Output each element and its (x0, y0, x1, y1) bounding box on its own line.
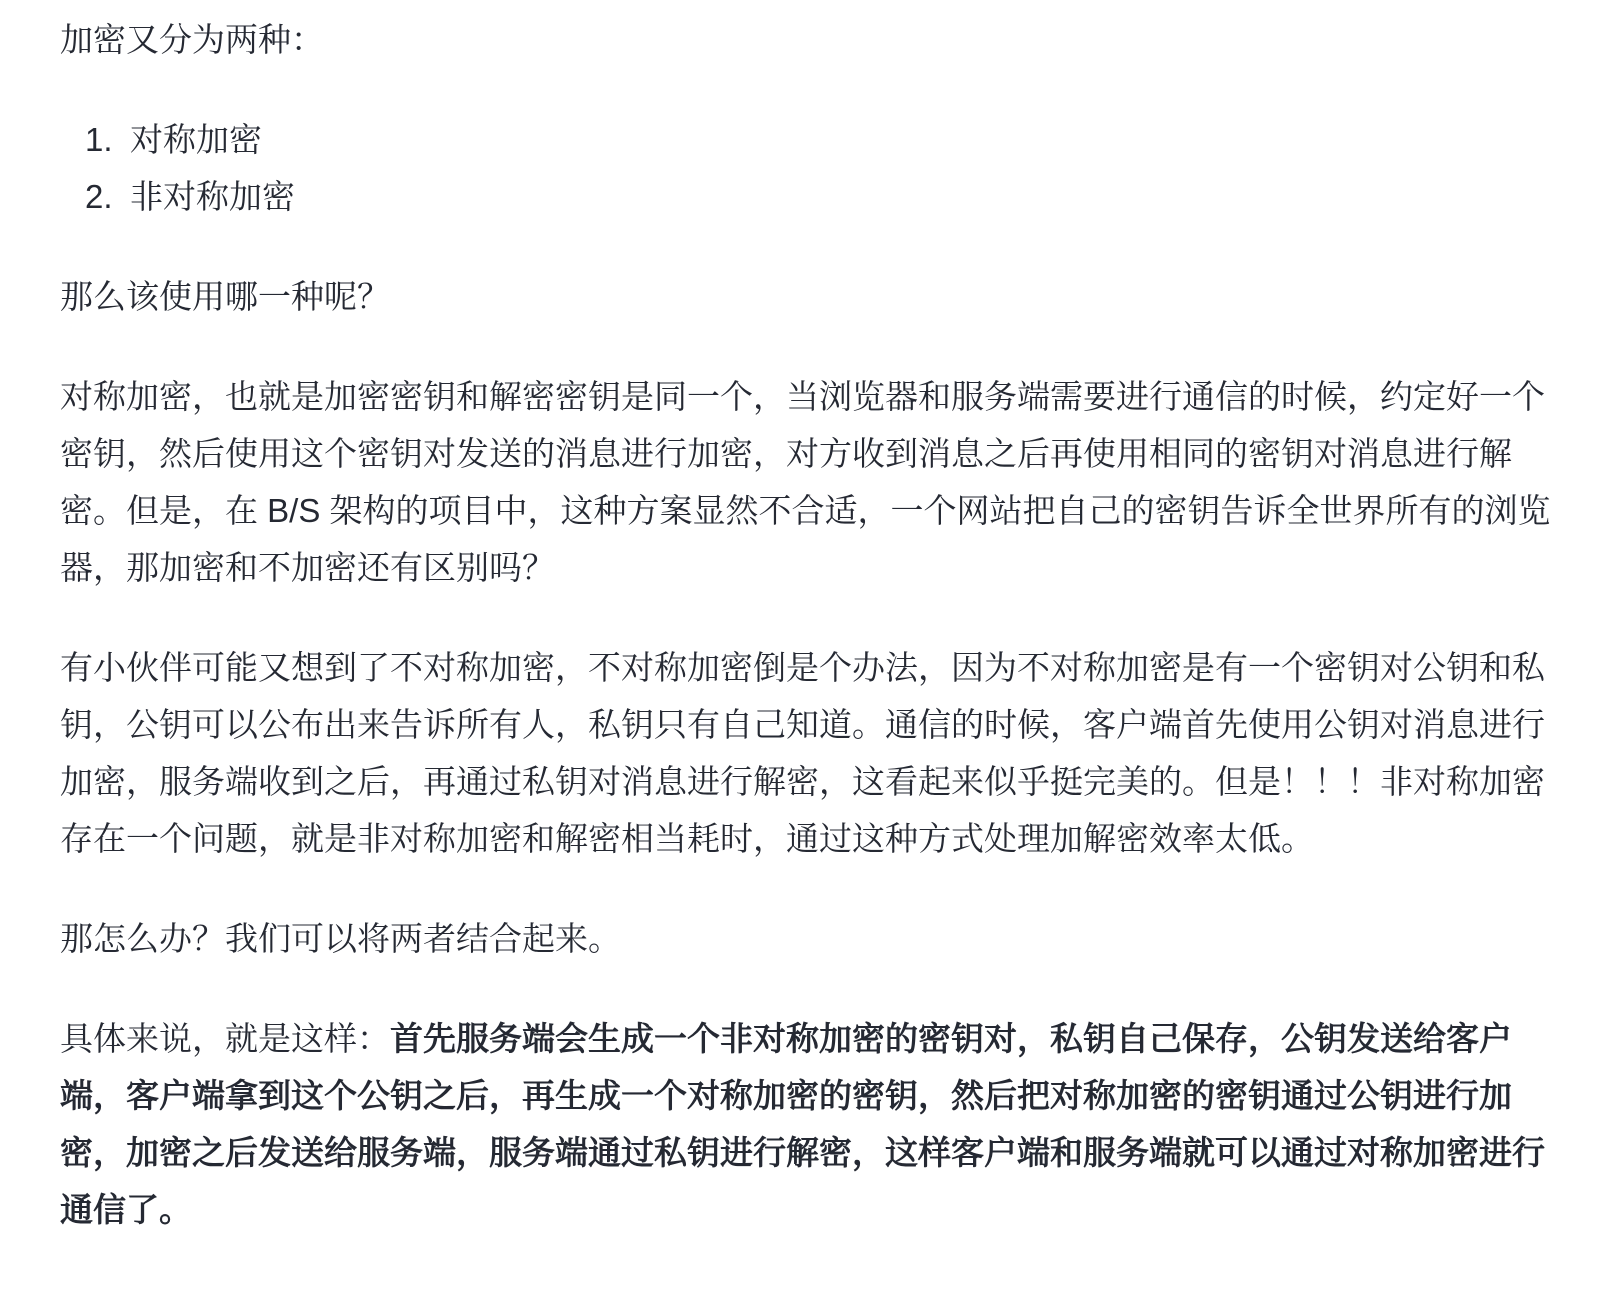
article-body: 加密又分为两种： 1. 对称加密 2. 非对称加密 那么该使用哪一种呢？ 对称加… (0, 0, 1618, 1304)
conclusion-prefix-text: 具体来说，就是这样： (60, 1020, 390, 1057)
list-item-symmetric: 1. 对称加密 (130, 111, 1560, 168)
question-which-paragraph: 那么该使用哪一种呢？ (60, 268, 1560, 325)
question-how-paragraph: 那怎么办？我们可以将两者结合起来。 (60, 910, 1560, 967)
asymmetric-encryption-paragraph: 有小伙伴可能又想到了不对称加密，不对称加密倒是个办法，因为不对称加密是有一个密钥… (60, 639, 1560, 867)
list-item-label: 对称加密 (130, 121, 262, 158)
symmetric-encryption-paragraph: 对称加密，也就是加密密钥和解密密钥是同一个，当浏览器和服务端需要进行通信的时候，… (60, 368, 1560, 596)
list-item-label: 非对称加密 (130, 178, 295, 215)
encryption-types-list: 1. 对称加密 2. 非对称加密 (60, 111, 1560, 225)
intro-paragraph: 加密又分为两种： (60, 11, 1560, 68)
list-item-number: 1. (85, 111, 113, 168)
list-item-number: 2. (85, 168, 113, 225)
list-item-asymmetric: 2. 非对称加密 (130, 168, 1560, 225)
